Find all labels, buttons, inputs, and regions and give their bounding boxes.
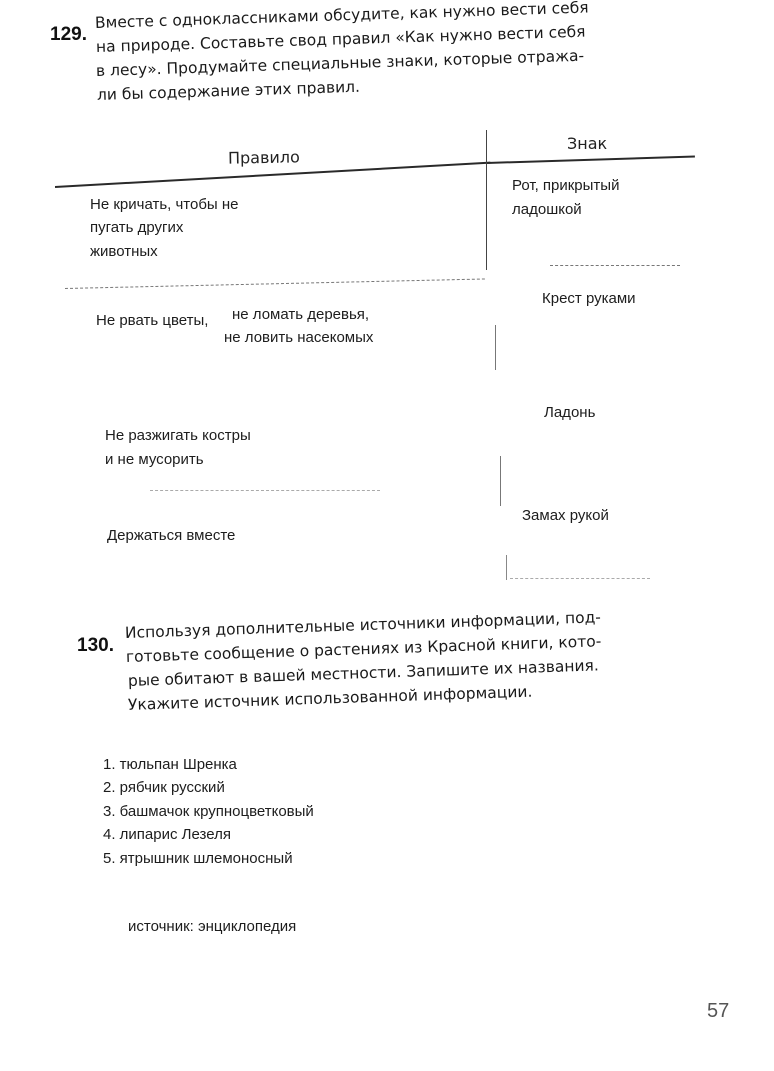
row-divider <box>510 578 650 580</box>
list-item: 2. рябчик русский <box>103 779 225 796</box>
rule-text: животных <box>90 243 158 260</box>
sign-text: Рот, прикрытый <box>512 177 619 194</box>
rule-text: Не кричать, чтобы не <box>90 196 239 213</box>
sign-text: ладошкой <box>512 201 582 218</box>
rule-text: не ловить насекомых <box>224 329 373 346</box>
list-item: 1. тюльпан Шренка <box>103 756 237 773</box>
row-divider <box>150 490 380 492</box>
sign-text: Крест руками <box>542 290 636 307</box>
column-divider <box>506 555 507 580</box>
task-text-line: ли бы содержание этих правил. <box>97 78 361 104</box>
rule-text: не ломать деревья, <box>232 306 369 323</box>
rule-text: пугать других <box>90 219 183 236</box>
sign-text: Замах рукой <box>522 507 609 524</box>
list-item: 4. липарис Лезеля <box>103 826 231 843</box>
page-number: 57 <box>707 1000 729 1023</box>
row-divider <box>65 278 485 290</box>
list-item: 3. башмачок крупноцветковый <box>103 803 314 820</box>
task-number: 129. <box>50 24 87 46</box>
column-divider <box>486 130 487 270</box>
column-header-sign: Знак <box>567 134 607 153</box>
task-number: 130. <box>77 635 114 657</box>
column-divider <box>495 325 496 370</box>
source-text: источник: энциклопедия <box>128 918 296 935</box>
rule-text: Не рвать цветы, <box>96 312 208 329</box>
row-divider <box>550 265 680 267</box>
rule-text: и не мусорить <box>105 451 204 468</box>
sign-text: Ладонь <box>544 404 595 421</box>
rule-text: Не разжигать костры <box>105 427 251 444</box>
list-item: 5. ятрышник шлемоносный <box>103 850 293 867</box>
rule-text: Держаться вместе <box>107 527 235 544</box>
column-header-rule: Правило <box>228 147 300 167</box>
header-divider-right <box>487 155 695 163</box>
column-divider <box>500 456 501 506</box>
